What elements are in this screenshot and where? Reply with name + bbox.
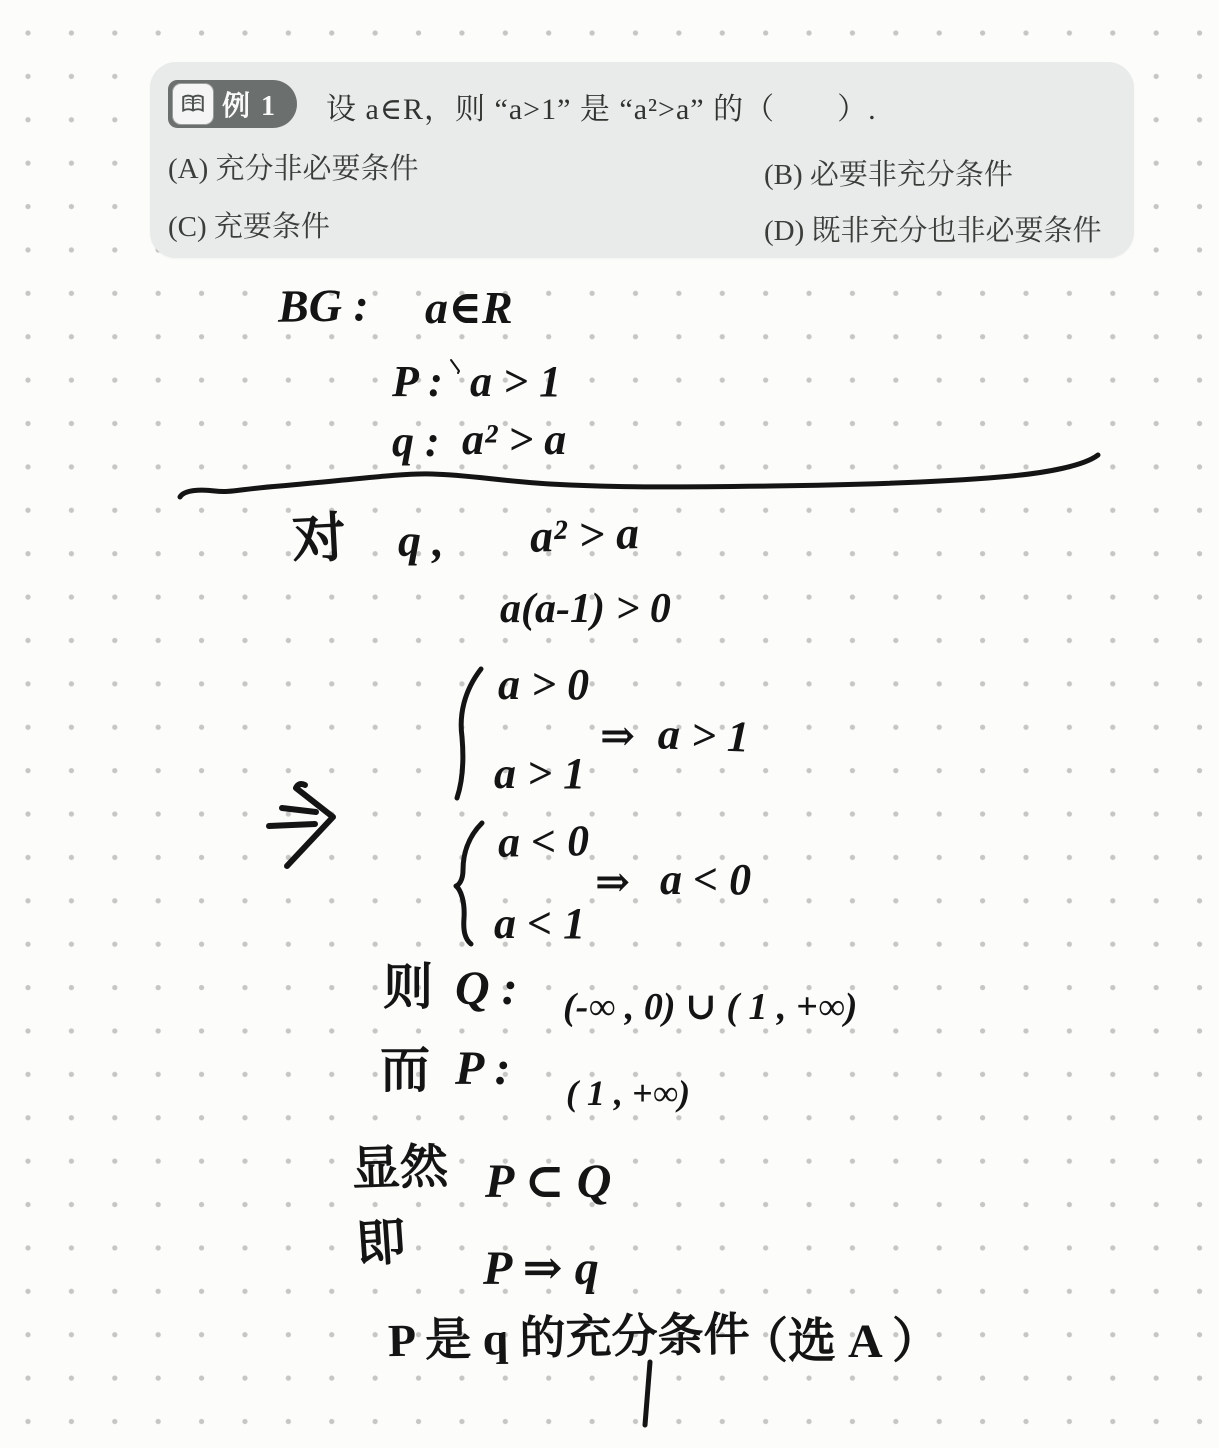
option-b: (B) 必要非充分条件 <box>764 152 1013 193</box>
hw-conclusion: P 是 q 的充分条件 <box>388 1312 750 1364</box>
hw-case2-result: a < 0 <box>660 858 751 902</box>
hw-p-value: a > 1 <box>470 360 561 404</box>
hw-case2-arrow: ⇒ <box>595 862 630 904</box>
mouse-cursor-icon <box>448 358 464 378</box>
hw-q-set-label: Q : <box>455 965 518 1013</box>
hw-dui: 对 <box>291 511 348 568</box>
case1-brace <box>448 665 488 805</box>
hw-dui-q: q , <box>398 518 444 564</box>
hw-er: 而 <box>380 1045 430 1095</box>
hw-case1-arrow: ⇒ <box>600 716 635 758</box>
hw-answer: （选 A ） <box>740 1318 940 1366</box>
problem-card: 例 1 设 a∈R，则 “a>1” 是 “a²>a” 的（ ）. (A) 充分非… <box>150 62 1134 258</box>
implies-arrow-large <box>255 775 355 880</box>
hw-case2-top: a < 0 <box>498 819 590 865</box>
question-text: 设 a∈R，则 “a>1” 是 “a²>a” 的（ ）. <box>326 84 1106 128</box>
hw-p-label: P : <box>392 360 443 404</box>
case2-brace <box>448 818 493 948</box>
option-d: (D) 既非充分也非必要条件 <box>764 208 1102 249</box>
book-icon <box>172 83 214 125</box>
hw-q-expr: a² > a <box>529 510 640 560</box>
hw-subset: P ⊂ Q <box>485 1158 611 1206</box>
hw-case1-result: a > 1 <box>657 712 750 759</box>
hand-drawn-divider <box>170 445 1115 510</box>
example-badge-label: 例 1 <box>222 84 277 124</box>
hw-ji: 即 <box>354 1216 407 1269</box>
example-badge: 例 1 <box>168 80 297 128</box>
hw-p-set: ( 1 , +∞) <box>566 1075 690 1111</box>
hw-q-set: (-∞ , 0) ∪ ( 1 , +∞) <box>563 988 857 1026</box>
pen-stroke-tail <box>640 1360 656 1430</box>
hw-case2-bottom: a < 1 <box>494 902 585 946</box>
option-a: (A) 充分非必要条件 <box>168 146 419 187</box>
hw-factored: a(a-1) > 0 <box>500 588 671 630</box>
hw-bg-label: BG : <box>278 282 370 330</box>
hw-implies: P ⇒ q <box>483 1245 599 1293</box>
hw-case1-top: a > 0 <box>498 663 589 707</box>
hw-ze: 则 <box>383 962 433 1012</box>
hw-bg-value: a∈R <box>425 285 513 331</box>
hw-xianran: 显然 <box>351 1143 449 1194</box>
note-canvas[interactable]: 例 1 设 a∈R，则 “a>1” 是 “a²>a” 的（ ）. (A) 充分非… <box>0 0 1219 1448</box>
option-c: (C) 充要条件 <box>168 204 330 245</box>
hw-p-set-label: P : <box>455 1045 511 1093</box>
hw-case1-bottom: a > 1 <box>494 752 585 796</box>
